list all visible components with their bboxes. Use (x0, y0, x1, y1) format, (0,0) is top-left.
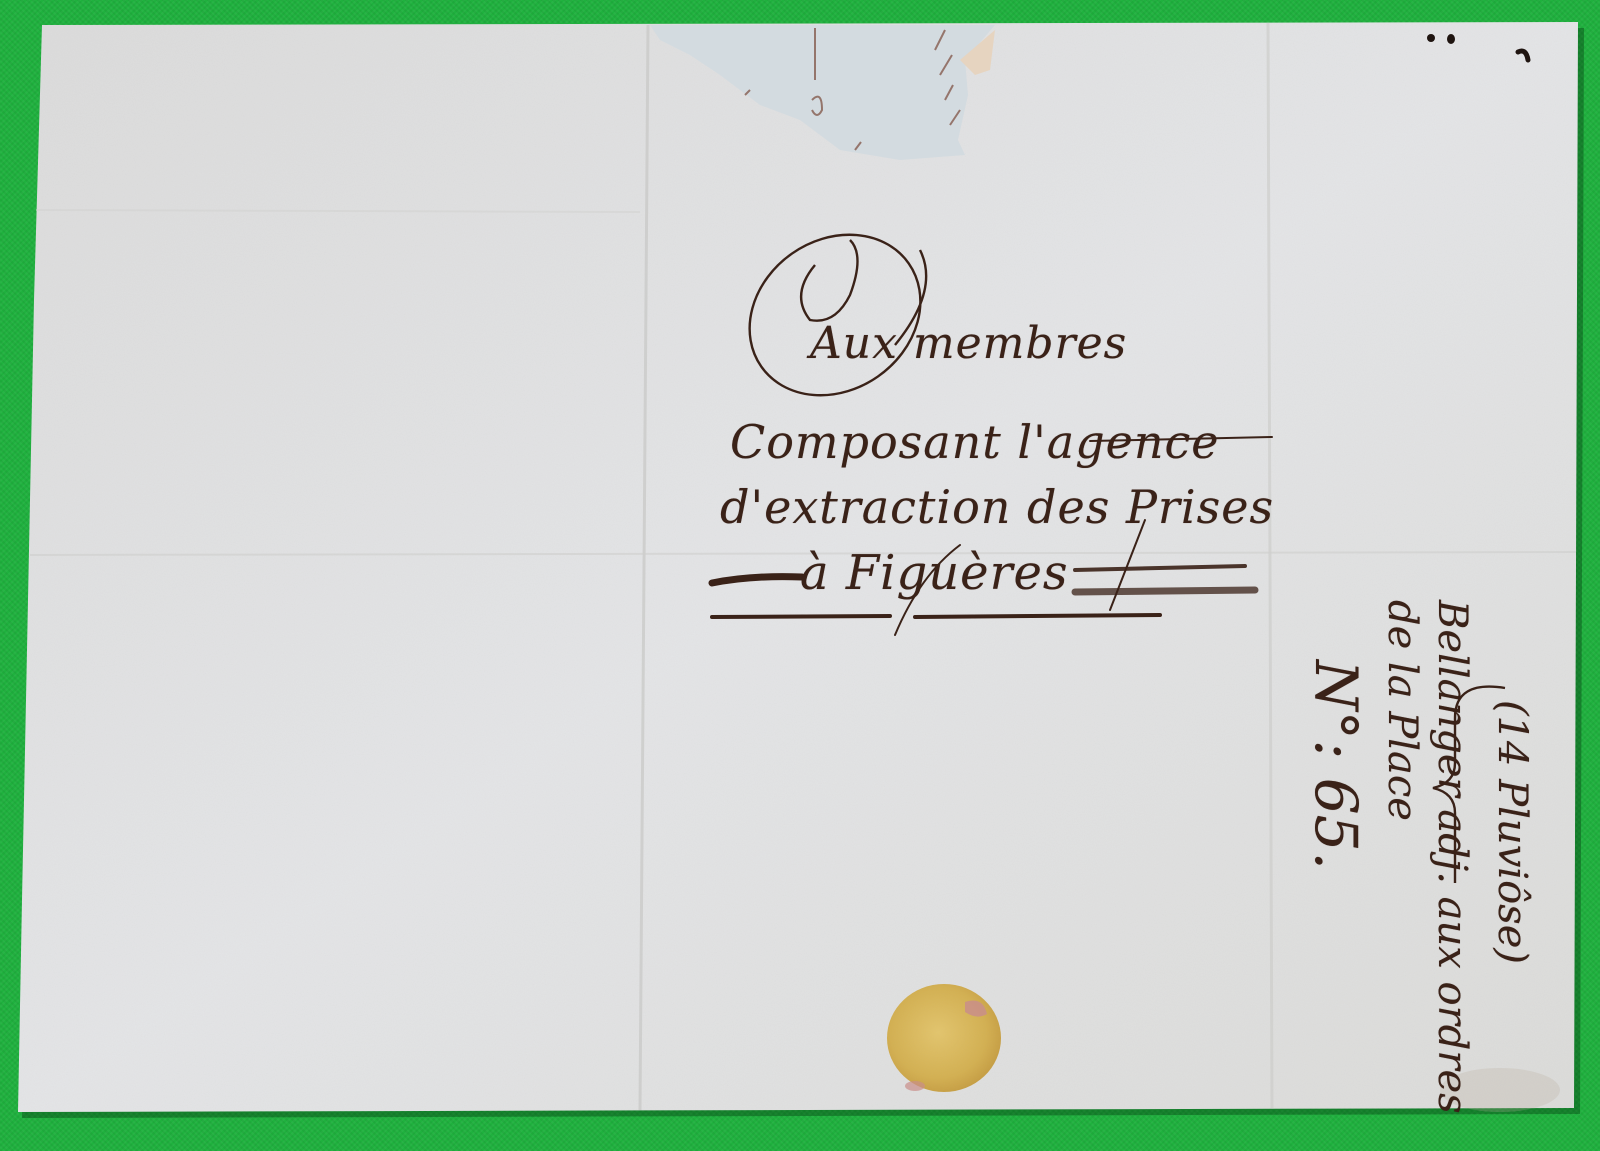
ink-mark (1427, 34, 1435, 42)
address-line-2: Composant l'agence (730, 415, 1219, 469)
endorsement-place: de la Place (1379, 600, 1425, 821)
endorsement-date: (14 Pluviôse) (1489, 700, 1535, 964)
address-line-3: d'extraction des Prises (720, 480, 1274, 534)
endorsement-sender: Bellanger adj. aux ordres (1429, 600, 1475, 1114)
address-line-4: à Figuères (800, 545, 1069, 601)
endorsement-number: N°: 65. (1302, 660, 1370, 870)
address-line-1-text: Aux membres (810, 318, 1127, 369)
address-line-1: Aux membres (810, 318, 1127, 369)
document-photo: Aux membres Composant l'agence d'extract… (0, 0, 1600, 1151)
